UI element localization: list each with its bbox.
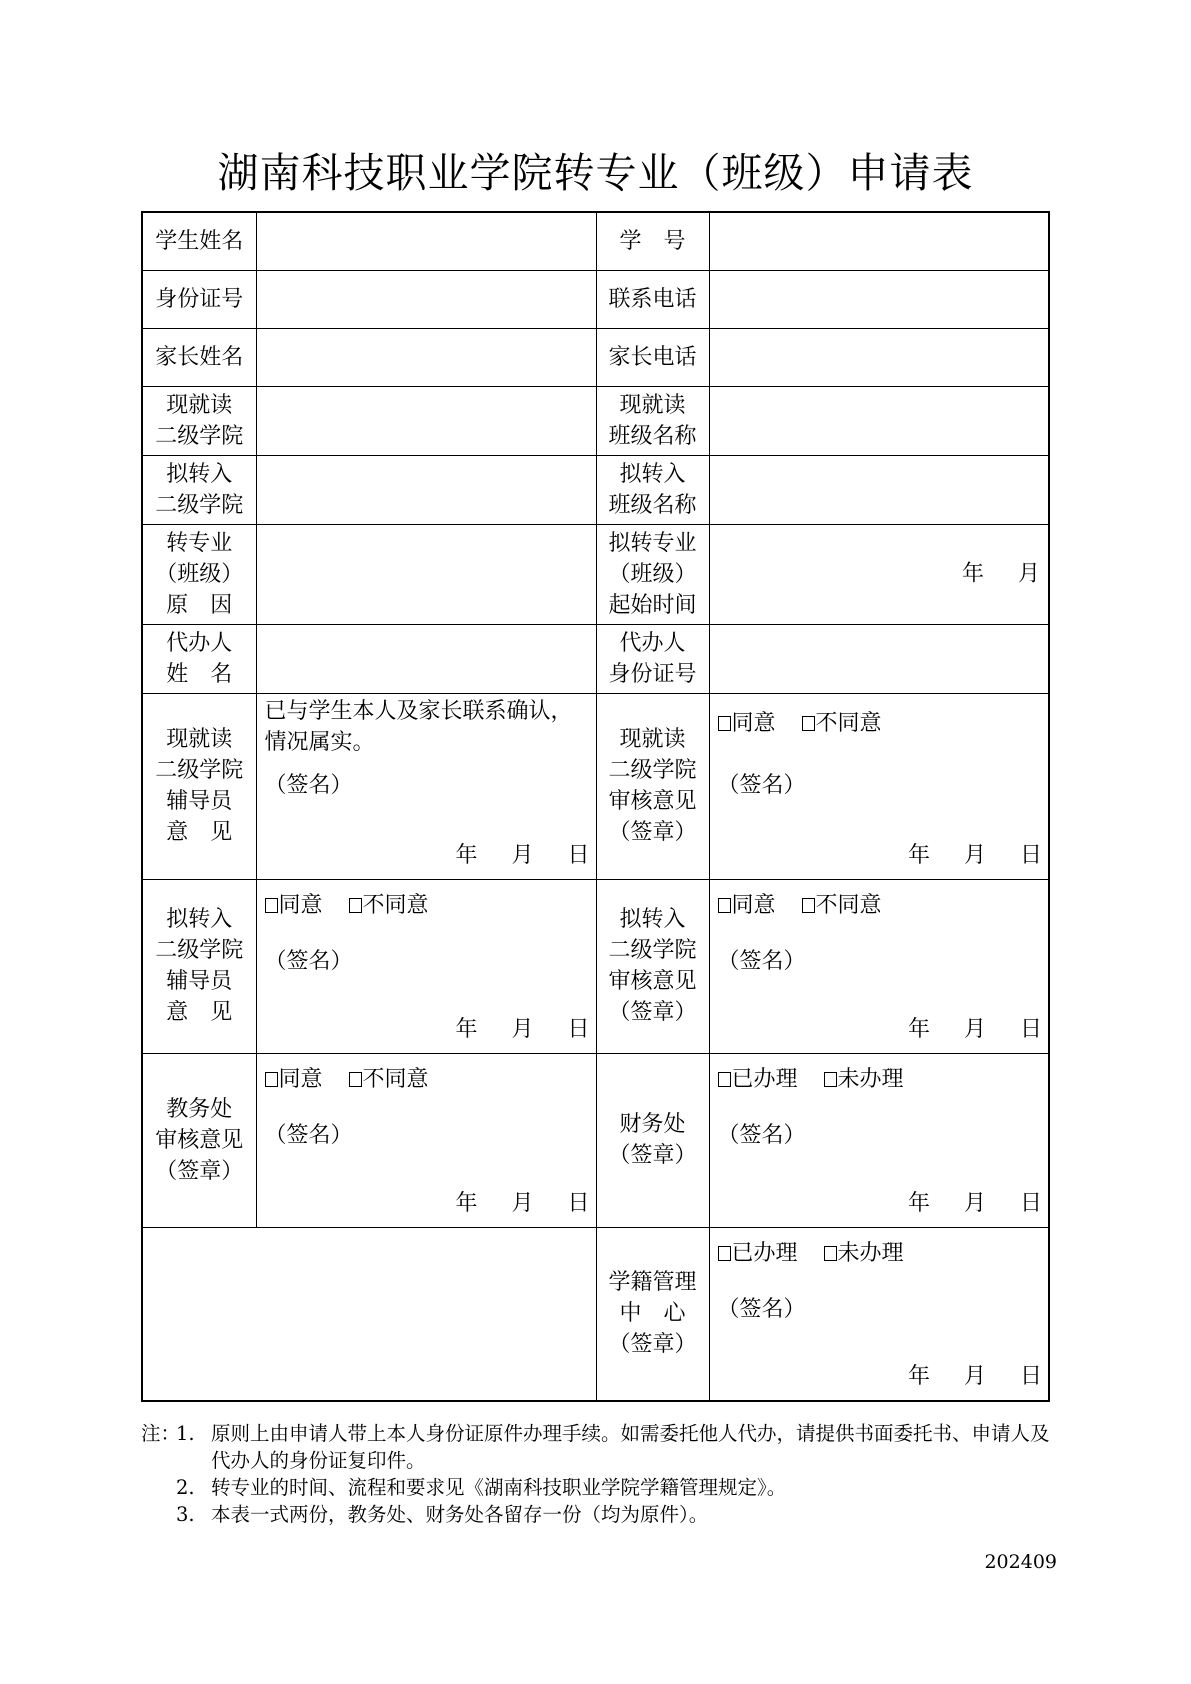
signature-label: （签名） xyxy=(265,770,353,801)
label-line: 现就读 xyxy=(143,390,256,421)
label-line: 拟转入 xyxy=(143,459,256,490)
label-line: 班级名称 xyxy=(597,490,709,521)
option-group: 同意不同意 xyxy=(718,708,908,739)
year-label: 年 xyxy=(908,1017,930,1042)
label-line: 二级学院 xyxy=(143,421,256,452)
option-label: 不同意 xyxy=(363,1067,429,1092)
month-label: 月 xyxy=(964,1017,986,1042)
row-reason-start: 转专业 （班级） 原 因 拟转专业 （班级） 起始时间 年月 xyxy=(142,524,1049,624)
option-processed[interactable]: 已办理 xyxy=(718,1241,798,1266)
year-label: 年 xyxy=(455,1017,477,1042)
checkbox-icon[interactable] xyxy=(718,1072,731,1087)
note-text: 原则上由申请人带上本人身份证原件办理手续。如需委托他人代办，请提供书面委托书、申… xyxy=(211,1420,1061,1474)
option-processed[interactable]: 已办理 xyxy=(718,1067,798,1092)
month-label: 月 xyxy=(1018,562,1040,587)
agent-name-field[interactable] xyxy=(256,624,596,693)
note-number: 3. xyxy=(176,1501,211,1528)
label-agent-name: 代办人 姓 名 xyxy=(142,624,256,693)
label-line: 学籍管理 xyxy=(597,1267,709,1298)
label-line: 意 见 xyxy=(143,817,256,848)
label-finance: 财务处 （签章） xyxy=(596,1053,709,1227)
label-line: （签章） xyxy=(597,1329,709,1360)
label-current-college-review: 现就读 二级学院 审核意见 （签章） xyxy=(596,693,709,879)
day-label: 日 xyxy=(567,1017,589,1042)
month-label: 月 xyxy=(964,843,986,868)
label-student-id: 学 号 xyxy=(596,212,709,270)
target-college-field[interactable] xyxy=(256,455,596,524)
note-text: 本表一式两份，教务处、财务处各留存一份（均为原件）。 xyxy=(211,1501,1061,1528)
student-name-field[interactable] xyxy=(256,212,596,270)
label-line: （签章） xyxy=(143,1156,256,1187)
option-label: 未办理 xyxy=(838,1067,904,1092)
option-group: 已办理未办理 xyxy=(718,1238,930,1269)
statement-line: 情况属实。 xyxy=(265,727,573,758)
label-line: （签章） xyxy=(597,817,709,848)
label-target-counselor: 拟转入 二级学院 辅导员 意 见 xyxy=(142,879,256,1053)
year-label: 年 xyxy=(908,1191,930,1216)
label-line: 代办人 xyxy=(143,628,256,659)
label-line: 辅导员 xyxy=(143,786,256,817)
label-line: 班级名称 xyxy=(597,421,709,452)
row-current-college: 现就读 二级学院 现就读 班级名称 xyxy=(142,386,1049,455)
application-form-table: 学生姓名 学 号 身份证号 联系电话 家长姓名 家长电话 现就读 二级学院 现就… xyxy=(141,211,1050,1402)
label-parent-name: 家长姓名 xyxy=(142,328,256,386)
signature-label: （签名） xyxy=(265,1120,353,1151)
year-label: 年 xyxy=(962,562,984,587)
registry-opinion[interactable]: 已办理未办理 （签名） 年月日 xyxy=(709,1227,1049,1401)
label-academic-affairs: 教务处 审核意见 （签章） xyxy=(142,1053,256,1227)
date-label: 年月日 xyxy=(874,840,1042,871)
label-line: 辅导员 xyxy=(143,966,256,997)
label-line: 转专业 xyxy=(143,528,256,559)
label-transfer-reason: 转专业 （班级） 原 因 xyxy=(142,524,256,624)
row-affairs-finance: 教务处 审核意见 （签章） 同意不同意 （签名） 年月日 财务处 （签章） 已办… xyxy=(142,1053,1049,1227)
current-class-field[interactable] xyxy=(709,386,1049,455)
day-label: 日 xyxy=(1020,1191,1042,1216)
form-title: 湖南科技职业学院转专业（班级）申请表 xyxy=(0,140,1191,199)
row-current-opinions: 现就读 二级学院 辅导员 意 见 已与学生本人及家长联系确认， 情况属实。 （签… xyxy=(142,693,1049,879)
form-version-code: 202409 xyxy=(984,1551,1057,1573)
option-group: 同意不同意 xyxy=(265,890,455,921)
option-label: 未办理 xyxy=(838,1241,904,1266)
academic-affairs-opinion[interactable]: 同意不同意 （签名） 年月日 xyxy=(256,1053,596,1227)
notes-section: 注： 1. 原则上由申请人带上本人身份证原件办理手续。如需委托他人代办，请提供书… xyxy=(141,1420,1061,1528)
target-college-opinion[interactable]: 同意不同意 （签名） 年月日 xyxy=(709,879,1049,1053)
option-label: 同意 xyxy=(732,711,776,736)
student-id-field[interactable] xyxy=(709,212,1049,270)
label-line: 拟转入 xyxy=(143,904,256,935)
row-target-opinions: 拟转入 二级学院 辅导员 意 见 同意不同意 （签名） 年月日 拟转入 二级学院… xyxy=(142,879,1049,1053)
phone-field[interactable] xyxy=(709,270,1049,328)
year-month-label: 年月 xyxy=(928,559,1040,590)
notes-prefix: 注： xyxy=(141,1420,176,1474)
label-line: 审核意见 xyxy=(597,786,709,817)
option-unprocessed[interactable]: 未办理 xyxy=(824,1067,904,1092)
label-current-college: 现就读 二级学院 xyxy=(142,386,256,455)
note-text: 转专业的时间、流程和要求见《湖南科技职业学院学籍管理规定》。 xyxy=(211,1474,1061,1501)
note-number: 1. xyxy=(176,1420,211,1474)
row-student-name: 学生姓名 学 号 xyxy=(142,212,1049,270)
label-line: 审核意见 xyxy=(597,966,709,997)
transfer-reason-field[interactable] xyxy=(256,524,596,624)
label-line: 姓 名 xyxy=(143,659,256,690)
year-label: 年 xyxy=(455,1191,477,1216)
option-label: 已办理 xyxy=(732,1241,798,1266)
label-line: 拟转入 xyxy=(597,459,709,490)
parent-name-field[interactable] xyxy=(256,328,596,386)
agent-id-field[interactable] xyxy=(709,624,1049,693)
label-line: （班级） xyxy=(143,559,256,590)
label-line: 拟转入 xyxy=(597,904,709,935)
year-label: 年 xyxy=(455,843,477,868)
label-line: 二级学院 xyxy=(597,755,709,786)
signature-label: （签名） xyxy=(718,1294,806,1325)
target-class-field[interactable] xyxy=(709,455,1049,524)
day-label: 日 xyxy=(567,1191,589,1216)
option-disagree[interactable]: 不同意 xyxy=(349,893,429,918)
label-line: 身份证号 xyxy=(597,659,709,690)
date-label: 年月日 xyxy=(421,1188,589,1219)
label-line: 现就读 xyxy=(597,390,709,421)
option-agree[interactable]: 同意 xyxy=(718,711,776,736)
note-indent xyxy=(141,1501,176,1528)
option-group: 同意不同意 xyxy=(265,1064,455,1095)
month-label: 月 xyxy=(511,843,533,868)
start-time-field[interactable]: 年月 xyxy=(709,524,1049,624)
note-indent xyxy=(141,1474,176,1501)
current-college-field[interactable] xyxy=(256,386,596,455)
year-label: 年 xyxy=(908,843,930,868)
option-agree[interactable]: 同意 xyxy=(265,1067,323,1092)
label-agent-id: 代办人 身份证号 xyxy=(596,624,709,693)
checkbox-icon[interactable] xyxy=(824,1072,837,1087)
label-line: 现就读 xyxy=(597,724,709,755)
label-line: 二级学院 xyxy=(143,755,256,786)
label-line: 现就读 xyxy=(143,724,256,755)
checkbox-icon[interactable] xyxy=(265,898,278,913)
id-number-field[interactable] xyxy=(256,270,596,328)
label-line: 教务处 xyxy=(143,1094,256,1125)
confirmation-statement: 已与学生本人及家长联系确认， 情况属实。 xyxy=(265,696,573,758)
checkbox-icon[interactable] xyxy=(349,1072,362,1087)
label-target-class: 拟转入 班级名称 xyxy=(596,455,709,524)
checkbox-icon[interactable] xyxy=(802,898,815,913)
label-registry: 学籍管理 中 心 （签章） xyxy=(596,1227,709,1401)
date-label: 年月日 xyxy=(874,1188,1042,1219)
label-line: （签章） xyxy=(597,1140,709,1171)
label-line: 原 因 xyxy=(143,590,256,621)
option-label: 同意 xyxy=(279,893,323,918)
row-target-college: 拟转入 二级学院 拟转入 班级名称 xyxy=(142,455,1049,524)
day-label: 日 xyxy=(567,843,589,868)
option-disagree[interactable]: 不同意 xyxy=(802,893,882,918)
day-label: 日 xyxy=(1020,843,1042,868)
statement-line: 已与学生本人及家长联系确认， xyxy=(265,696,573,727)
option-disagree[interactable]: 不同意 xyxy=(349,1067,429,1092)
label-line: （签章） xyxy=(597,997,709,1028)
note-number: 2. xyxy=(176,1474,211,1501)
signature-label: （签名） xyxy=(718,946,806,977)
option-unprocessed[interactable]: 未办理 xyxy=(824,1241,904,1266)
target-counselor-opinion[interactable]: 同意不同意 （签名） 年月日 xyxy=(256,879,596,1053)
note-item: 3. 本表一式两份，教务处、财务处各留存一份（均为原件）。 xyxy=(141,1501,1061,1528)
row-parent-name: 家长姓名 家长电话 xyxy=(142,328,1049,386)
label-target-college: 拟转入 二级学院 xyxy=(142,455,256,524)
row-agent: 代办人 姓 名 代办人 身份证号 xyxy=(142,624,1049,693)
label-line: 意 见 xyxy=(143,997,256,1028)
label-parent-phone: 家长电话 xyxy=(596,328,709,386)
date-label: 年月日 xyxy=(874,1014,1042,1045)
label-line: 拟转专业 xyxy=(597,528,709,559)
current-college-opinion[interactable]: 同意不同意 （签名） 年月日 xyxy=(709,693,1049,879)
option-label: 同意 xyxy=(732,893,776,918)
option-label: 不同意 xyxy=(816,893,882,918)
checkbox-icon[interactable] xyxy=(718,1246,731,1261)
month-label: 月 xyxy=(511,1017,533,1042)
checkbox-icon[interactable] xyxy=(718,898,731,913)
signature-label: （签名） xyxy=(718,770,806,801)
current-counselor-opinion[interactable]: 已与学生本人及家长联系确认， 情况属实。 （签名） 年月日 xyxy=(256,693,596,879)
note-item: 2. 转专业的时间、流程和要求见《湖南科技职业学院学籍管理规定》。 xyxy=(141,1474,1061,1501)
option-group: 同意不同意 xyxy=(718,890,908,921)
day-label: 日 xyxy=(1020,1364,1042,1389)
option-disagree[interactable]: 不同意 xyxy=(802,711,882,736)
label-line: 二级学院 xyxy=(143,490,256,521)
finance-opinion[interactable]: 已办理未办理 （签名） 年月日 xyxy=(709,1053,1049,1227)
label-line: 二级学院 xyxy=(143,935,256,966)
signature-label: （签名） xyxy=(265,946,353,977)
month-label: 月 xyxy=(511,1191,533,1216)
option-label: 已办理 xyxy=(732,1067,798,1092)
option-agree[interactable]: 同意 xyxy=(718,893,776,918)
option-label: 同意 xyxy=(279,1067,323,1092)
label-line: 起始时间 xyxy=(597,590,709,621)
month-label: 月 xyxy=(964,1191,986,1216)
label-line: 审核意见 xyxy=(143,1125,256,1156)
parent-phone-field[interactable] xyxy=(709,328,1049,386)
note-item: 注： 1. 原则上由申请人带上本人身份证原件办理手续。如需委托他人代办，请提供书… xyxy=(141,1420,1061,1474)
label-start-time: 拟转专业 （班级） 起始时间 xyxy=(596,524,709,624)
date-label: 年月日 xyxy=(874,1361,1042,1392)
checkbox-icon[interactable] xyxy=(265,1072,278,1087)
label-line: 中 心 xyxy=(597,1298,709,1329)
label-target-college-review: 拟转入 二级学院 审核意见 （签章） xyxy=(596,879,709,1053)
label-phone: 联系电话 xyxy=(596,270,709,328)
option-group: 已办理未办理 xyxy=(718,1064,930,1095)
signature-label: （签名） xyxy=(718,1120,806,1151)
checkbox-icon[interactable] xyxy=(802,716,815,731)
option-label: 不同意 xyxy=(363,893,429,918)
row-id-number: 身份证号 联系电话 xyxy=(142,270,1049,328)
year-label: 年 xyxy=(908,1364,930,1389)
row-registry: 学籍管理 中 心 （签章） 已办理未办理 （签名） 年月日 xyxy=(142,1227,1049,1401)
checkbox-icon[interactable] xyxy=(718,716,731,731)
label-line: 二级学院 xyxy=(597,935,709,966)
date-label: 年月日 xyxy=(421,840,589,871)
label-line: 财务处 xyxy=(597,1109,709,1140)
checkbox-icon[interactable] xyxy=(824,1246,837,1261)
label-current-counselor: 现就读 二级学院 辅导员 意 见 xyxy=(142,693,256,879)
option-agree[interactable]: 同意 xyxy=(265,893,323,918)
date-label: 年月日 xyxy=(421,1014,589,1045)
label-student-name: 学生姓名 xyxy=(142,212,256,270)
checkbox-icon[interactable] xyxy=(349,898,362,913)
option-label: 不同意 xyxy=(816,711,882,736)
label-line: 代办人 xyxy=(597,628,709,659)
label-id-number: 身份证号 xyxy=(142,270,256,328)
label-current-class: 现就读 班级名称 xyxy=(596,386,709,455)
day-label: 日 xyxy=(1020,1017,1042,1042)
blank-cell xyxy=(142,1227,596,1401)
month-label: 月 xyxy=(964,1364,986,1389)
label-line: （班级） xyxy=(597,559,709,590)
